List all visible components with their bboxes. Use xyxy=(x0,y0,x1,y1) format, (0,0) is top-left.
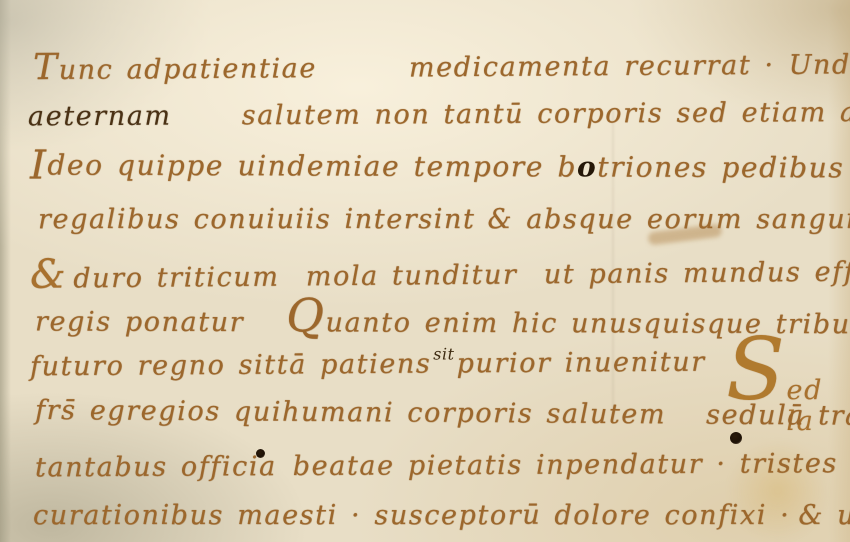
manuscript-line-5: &duro triticum mola tunditur ut panis mu… xyxy=(30,250,850,297)
line8-segment-b: sedulā tracta xyxy=(706,399,850,434)
line9-segment-b: beatae pietatis inpendatur · tristes pas… xyxy=(293,447,850,484)
line6-segment-a: regis ponatur xyxy=(35,305,244,340)
line7-segment-b: purior inuenitur xyxy=(456,346,705,382)
manuscript-line-3: Ideo quippe uindemiae tempore botriones … xyxy=(30,144,850,185)
line3-initial: I xyxy=(30,148,48,182)
line1-segment-a: unc adpatientiae xyxy=(59,52,317,88)
manuscript-line-1: Tunc adpatientiaemedicamenta recurrat ·U… xyxy=(33,45,850,88)
line6-initial-Q: Q xyxy=(286,298,325,332)
manuscript-line-7: futuro regno sittā patienssitpurior inue… xyxy=(30,346,706,388)
line3-segment-a: deo quippe uindemiae tempore b xyxy=(47,149,577,185)
manuscript-line-8: frs̄ egregios quihumani corporis salutem… xyxy=(35,394,850,434)
line8-segment-a: frs̄ egregios quihumani corporis salutem xyxy=(35,394,666,432)
line2-word-aeternam: aeternam xyxy=(28,100,172,135)
line3-dark-o: o xyxy=(577,150,597,184)
manuscript-line-10: curationibus maesti · susceptorū dolore … xyxy=(33,499,850,533)
manuscript-line-2: aeternamsalutem non tantū corporis sed e… xyxy=(28,96,850,135)
line10-segment-a: curationibus maesti · susceptorū dolore … xyxy=(33,499,790,533)
line3-segment-b: triones pedibus co xyxy=(597,150,850,185)
line9-segment-a: tantabus officia xyxy=(35,450,277,485)
line7-segment-a: futuro regno sittā patiens xyxy=(30,348,432,385)
manuscript-line-4: regalibus conuiuiis intersint& absque eo… xyxy=(38,203,850,237)
large-initial-S: S xyxy=(726,336,787,405)
line1-initial: T xyxy=(33,51,59,85)
line4-segment-b: & absque eorum sanguine xyxy=(487,203,850,237)
wormhole-dot-right xyxy=(730,432,742,444)
line4-segment-a: regalibus conuiuiis intersint xyxy=(38,203,475,237)
line10-segment-b: & ui alienis xyxy=(798,499,850,533)
line2-segment-b: salutem non tantū corporis sed etiam ani… xyxy=(242,96,850,134)
line7-superscript-correction: sit xyxy=(433,337,455,371)
manuscript-line-9: tantabus officiabeatae pietatis inpendat… xyxy=(35,447,850,486)
line1-segment-c: Unde illi xyxy=(789,48,850,83)
manuscript-page: Tunc adpatientiaemedicamenta recurrat ·U… xyxy=(0,0,850,542)
line5-et-ligature: & xyxy=(30,257,68,291)
line1-segment-b: medicamenta recurrat · xyxy=(409,49,775,86)
line5-segment-a: duro triticum mola tunditur ut panis mun… xyxy=(73,255,850,296)
wormhole-dot-left xyxy=(256,449,265,458)
